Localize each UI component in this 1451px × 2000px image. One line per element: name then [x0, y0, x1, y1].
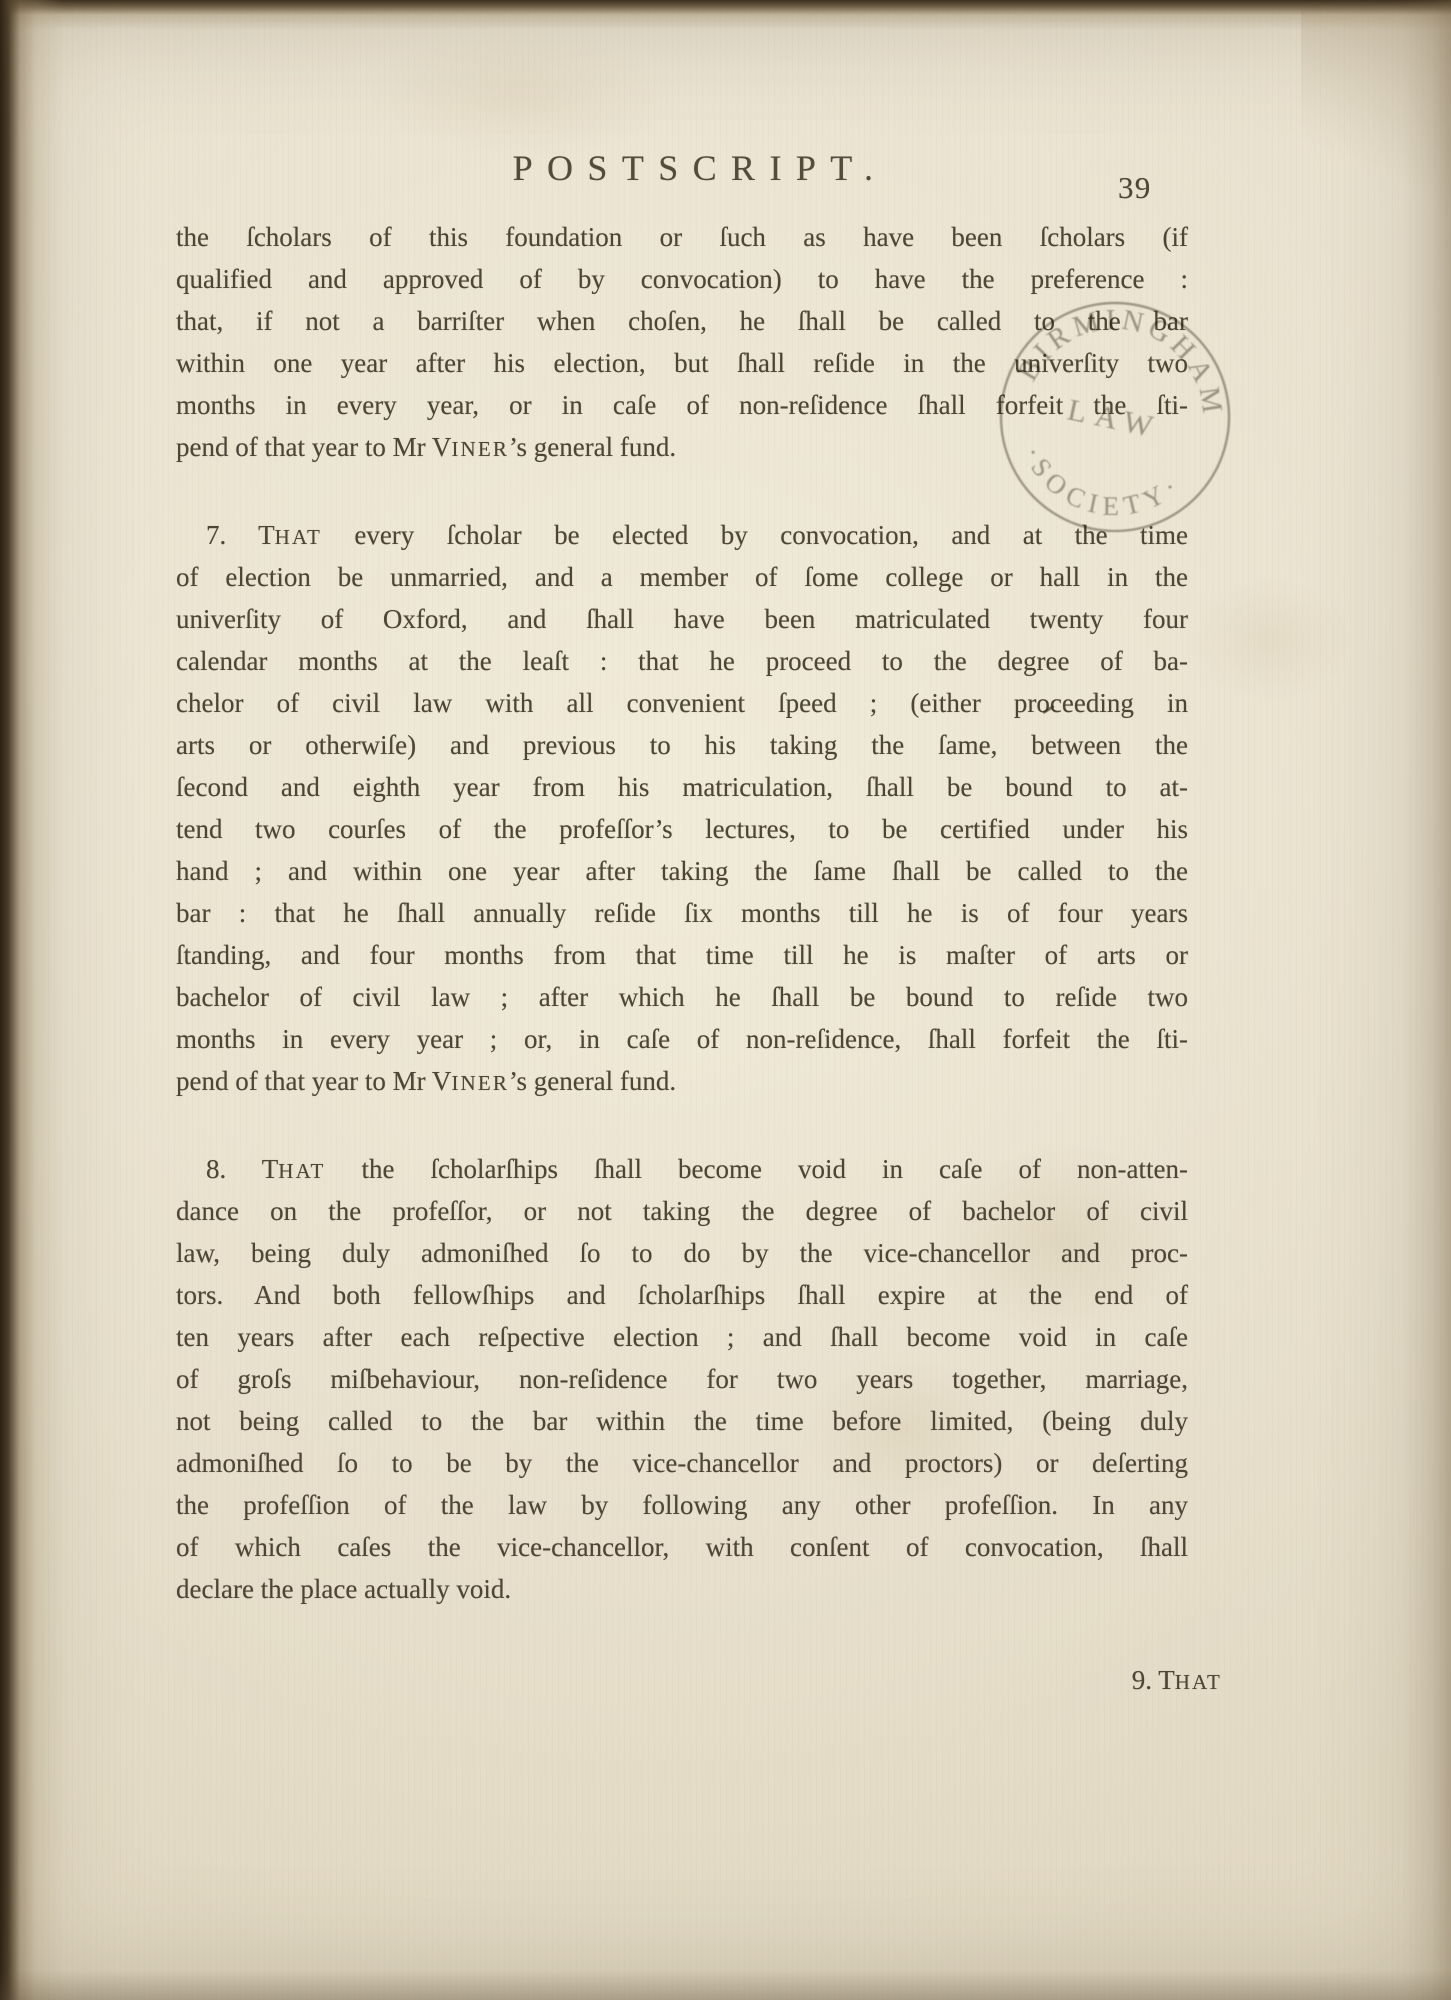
text-line: 8. THAT the ſcholarſhips ſhall become vo…	[176, 1148, 1188, 1190]
text-line: tors. And both fellowſhips and ſcholarſh…	[176, 1274, 1188, 1316]
text-line: the ſcholars of this foundation or ſuch …	[176, 216, 1188, 258]
paragraph: 8. THAT the ſcholarſhips ſhall become vo…	[176, 1148, 1188, 1610]
page-title: POSTSCRIPT.	[513, 150, 888, 186]
page-edge-bottom	[0, 1970, 1451, 2000]
text-line: calendar months at the leaſt : that he p…	[176, 640, 1188, 682]
text-line: hand ; and within one year after taking …	[176, 850, 1188, 892]
text-line: ſtanding, and four months from that time…	[176, 934, 1188, 976]
library-stamp: BIRMINGHAM ·SOCIETY· LAW	[970, 272, 1259, 561]
page-number: 39	[1118, 172, 1151, 203]
text-line: law, being duly admoniſhed ſo to do by t…	[176, 1232, 1188, 1274]
text-line: bar : that he ſhall annually reſide ſix …	[176, 892, 1188, 934]
text-line: not being called to the bar within the t…	[176, 1400, 1188, 1442]
text-line: ten years after each reſpective election…	[176, 1316, 1188, 1358]
page-edge-right	[1403, 0, 1451, 2000]
book-gutter-shadow	[0, 0, 64, 2000]
catchword: 9. THAT	[176, 1664, 1222, 1696]
text-line: of election be unmarried, and a member o…	[176, 556, 1188, 598]
text-line: of which caſes the vice-chancellor, with…	[176, 1526, 1188, 1568]
stamp-center-text: LAW	[1065, 391, 1165, 445]
paragraph: 7. THAT every ſcholar be elected by conv…	[176, 514, 1188, 1102]
book-page: POSTSCRIPT. 39 the ſcholars of this foun…	[0, 0, 1451, 2000]
text-line: admoniſhed ſo to be by the vice-chancell…	[176, 1442, 1188, 1484]
book-edge-top	[0, 0, 1451, 30]
text-line: chelor of civil law with all convenient …	[176, 682, 1188, 724]
text-line: dance on the profeſſor, or not taking th…	[176, 1190, 1188, 1232]
stamp-bottom-text: ·SOCIETY·	[1008, 437, 1192, 537]
text-line: tend two courſes of the profeſſor’s lect…	[176, 808, 1188, 850]
text-line: the profeſſion of the law by following a…	[176, 1484, 1188, 1526]
text-line: months in every year ; or, in caſe of no…	[176, 1018, 1188, 1060]
text-line: univerſity of Oxford, and ſhall have bee…	[176, 598, 1188, 640]
text-line: arts or otherwiſe) and previous to his t…	[176, 724, 1188, 766]
text-line: ſecond and eighth year from his matricul…	[176, 766, 1188, 808]
text-line: bachelor of civil law ; after which he ſ…	[176, 976, 1188, 1018]
text-line: of groſs miſbehaviour, non-reſidence for…	[176, 1358, 1188, 1400]
